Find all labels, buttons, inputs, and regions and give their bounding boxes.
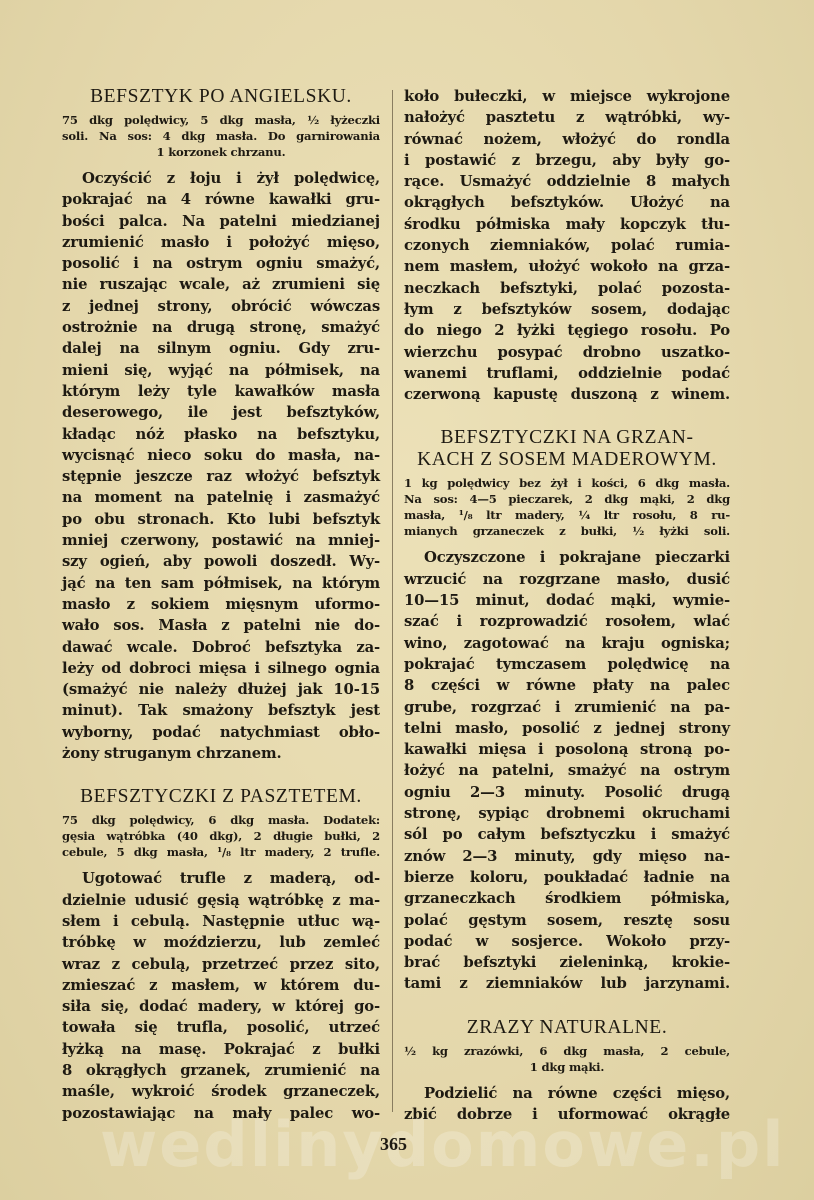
body-line: wało sos. Masła z patelni nie do-: [62, 615, 380, 636]
ingredients-line: 1 kg polędwicy bez żył i kości, 6 dkg ma…: [404, 475, 730, 491]
body-line: na moment na patelnię i zasmażyć: [62, 487, 380, 508]
recipe-body: koło bułeczki, w miejsce wykrojone nałoż…: [404, 86, 730, 405]
recipe-body: Oczyścić z łoju i żył polędwicę, pokraja…: [62, 168, 380, 764]
body-line: żony struganym chrzanem.: [62, 743, 380, 764]
body-line: sól po całym befsztyczku i smażyć: [404, 824, 730, 845]
recipe-befsztyczki-na-grzankach: BEFSZTYCZKI NA GRZAN- KACH Z SOSEM MADER…: [404, 427, 730, 994]
body-line: którym leży tyle kawałków masła: [62, 381, 380, 402]
body-line: czonych ziemniaków, polać rumia-: [404, 235, 730, 256]
body-line: dalej na silnym ogniu. Gdy zru-: [62, 338, 380, 359]
body-line: słem i cebulą. Następnie utłuc wą-: [62, 911, 380, 932]
body-line: tróbkę w moździerzu, lub zemleć: [62, 932, 380, 953]
recipe-body: Oczyszczone i pokrajane pieczarki wrzuci…: [404, 547, 730, 994]
section-gap: [404, 405, 730, 427]
body-line: z jednej strony, obrócić wówczas: [62, 296, 380, 317]
body-line: (smażyć nie należy dłużej jak 10-15: [62, 679, 380, 700]
recipe-ingredients: 1 kg polędwicy bez żył i kości, 6 dkg ma…: [404, 475, 730, 539]
body-line: szać i rozprowadzić rosołem, wlać: [404, 611, 730, 632]
body-line: grzaneczkach środkiem półmiska,: [404, 888, 730, 909]
body-line: i postawić z brzegu, aby były go-: [404, 150, 730, 171]
body-line: kawałki mięsa i posoloną stroną po-: [404, 739, 730, 760]
body-line: wyborny, podać natychmiast obło-: [62, 722, 380, 743]
recipe-befsztyk-po-angielsku: BEFSZTYK PO ANGIELSKU. 75 dkg polędwicy,…: [62, 86, 380, 764]
ingredients-line: 1 dkg mąki.: [404, 1059, 730, 1075]
body-line: rące. Usmażyć oddzielnie 8 małych: [404, 171, 730, 192]
body-line: dzielnie udusić gęsią wątróbkę z ma-: [62, 890, 380, 911]
body-line: masło z sokiem mięsnym uformo-: [62, 594, 380, 615]
body-line: zrumienić masło i położyć mięso,: [62, 232, 380, 253]
body-line: stępnie jeszcze raz włożyć befsztyk: [62, 466, 380, 487]
recipe-body: Podzielić na równe części mięso, zbić do…: [404, 1083, 730, 1126]
body-line: bierze koloru, poukładać ładnie na: [404, 867, 730, 888]
body-line: wycisnąć nieco soku do masła, na-: [62, 445, 380, 466]
body-line: nem masłem, ułożyć wokoło na grza-: [404, 256, 730, 277]
body-line: nie ruszając wcale, aż zrumieni się: [62, 274, 380, 295]
body-line: pokrajać tymczasem polędwicę na: [404, 654, 730, 675]
section-gap: [404, 995, 730, 1017]
body-line: minut). Tak smażony befsztyk jest: [62, 700, 380, 721]
recipe-title: BEFSZTYCZKI NA GRZAN- KACH Z SOSEM MADER…: [404, 427, 730, 471]
recipe-title: ZRAZY NATURALNE.: [404, 1017, 730, 1039]
body-line: łyżką na masę. Pokrajać z bułki: [62, 1039, 380, 1060]
ingredients-line: 1 korzonek chrzanu.: [62, 144, 380, 160]
body-line: zmieszać z masłem, w którem du-: [62, 975, 380, 996]
body-line: nałożyć pasztetu z wątróbki, wy-: [404, 107, 730, 128]
body-line: brać befsztyki zieleninką, krokie-: [404, 952, 730, 973]
body-line: wierzchu posypać drobno uszatko-: [404, 342, 730, 363]
body-line: łym z befsztyków sosem, dodając: [404, 299, 730, 320]
body-line: wrzucić na rozgrzane masło, dusić: [404, 569, 730, 590]
body-line: łożyć na patelni, smażyć na ostrym: [404, 760, 730, 781]
body-line: towała się trufla, posolić, utrzeć: [62, 1017, 380, 1038]
body-line: do niego 2 łyżki tęgiego rosołu. Po: [404, 320, 730, 341]
body-line: grube, rozgrzać i zrumienić na pa-: [404, 697, 730, 718]
body-line: środku półmiska mały kopczyk tłu-: [404, 214, 730, 235]
column-divider: [392, 90, 393, 1112]
recipe-ingredients: ½ kg zrazówki, 6 dkg masła, 2 cebule, 1 …: [404, 1043, 730, 1075]
body-line: równać nożem, włożyć do rondla: [404, 129, 730, 150]
ingredients-line: Na sos: 4—5 pieczarek, 2 dkg mąki, 2 dkg: [404, 491, 730, 507]
recipe-title: BEFSZTYK PO ANGIELSKU.: [62, 86, 380, 108]
body-line: Oczyścić z łoju i żył polędwicę,: [62, 168, 380, 189]
body-line: bości palca. Na patelni miedzianej: [62, 211, 380, 232]
body-line: pozostawiając na mały palec wo-: [62, 1103, 380, 1124]
recipe-zrazy-naturalne: ZRAZY NATURALNE. ½ kg zrazówki, 6 dkg ma…: [404, 1017, 730, 1126]
ingredients-line: mianych grzaneczek z bułki, ½ łyżki soli…: [404, 523, 730, 539]
body-line: wanemi truflami, oddzielnie podać: [404, 363, 730, 384]
book-page: BEFSZTYK PO ANGIELSKU. 75 dkg polędwicy,…: [0, 0, 814, 1200]
body-line: wino, zagotować na kraju ogniska;: [404, 633, 730, 654]
ingredients-line: gęsia wątróbka (40 dkg), 2 długie bułki,…: [62, 828, 380, 844]
body-line: telni masło, posolić z jednej strony: [404, 718, 730, 739]
ingredients-line: 75 dkg polędwicy, 5 dkg masła, ½ łyżeczk…: [62, 112, 380, 128]
recipe-befsztyczki-z-pasztetem-continued: koło bułeczki, w miejsce wykrojone nałoż…: [404, 86, 730, 405]
recipe-body: Ugotować trufle z maderą, od- dzielnie u…: [62, 868, 380, 1124]
ingredients-line: ½ kg zrazówki, 6 dkg masła, 2 cebule,: [404, 1043, 730, 1059]
body-line: 10—15 minut, dodać mąki, wymie-: [404, 590, 730, 611]
body-line: kładąc nóż płasko na befsztyku,: [62, 424, 380, 445]
body-line: ogniu 2—3 minuty. Posolić drugą: [404, 782, 730, 803]
body-line: 8 okrągłych grzanek, zrumienić na: [62, 1060, 380, 1081]
ingredients-line: soli. Na sos: 4 dkg masła. Do garnirowan…: [62, 128, 380, 144]
title-line: KACH Z SOSEM MADEROWYM.: [404, 449, 730, 471]
body-line: 8 części w równe płaty na palec: [404, 675, 730, 696]
body-line: deserowego, ile jest befsztyków,: [62, 402, 380, 423]
recipe-ingredients: 75 dkg polędwicy, 5 dkg masła, ½ łyżeczk…: [62, 112, 380, 160]
section-gap: [62, 764, 380, 786]
body-line: po obu stronach. Kto lubi befsztyk: [62, 509, 380, 530]
body-line: wraz z cebulą, przetrzeć przez sito,: [62, 954, 380, 975]
body-line: dawać wcale. Dobroć befsztyka za-: [62, 637, 380, 658]
page-number: 365: [380, 1134, 407, 1155]
body-line: ostrożnie na drugą stronę, smażyć: [62, 317, 380, 338]
body-line: Podzielić na równe części mięso,: [404, 1083, 730, 1104]
body-line: czerwoną kapustę duszoną z winem.: [404, 384, 730, 405]
body-line: pokrajać na 4 równe kawałki gru-: [62, 189, 380, 210]
right-column: koło bułeczki, w miejsce wykrojone nałoż…: [404, 86, 730, 1125]
body-line: polać gęstym sosem, resztę sosu: [404, 910, 730, 931]
body-line: jąć na ten sam półmisek, na którym: [62, 573, 380, 594]
body-line: szy ogień, aby powoli doszedł. Wy-: [62, 551, 380, 572]
body-line: znów 2—3 minuty, gdy mięso na-: [404, 846, 730, 867]
recipe-ingredients: 75 dkg polędwicy, 6 dkg masła. Dodatek: …: [62, 812, 380, 860]
recipe-befsztyczki-z-pasztetem: BEFSZTYCZKI Z PASZTETEM. 75 dkg polędwic…: [62, 786, 380, 1124]
body-line: stronę, sypiąc drobnemi okruchami: [404, 803, 730, 824]
body-line: mniej czerwony, postawić na mniej-: [62, 530, 380, 551]
body-line: siła się, dodać madery, w której go-: [62, 996, 380, 1017]
body-line: zbić dobrze i uformować okrągłe: [404, 1104, 730, 1125]
ingredients-line: masła, ¹/₈ ltr madery, ¼ ltr rosołu, 8 r…: [404, 507, 730, 523]
body-line: neczkach befsztyki, polać pozosta-: [404, 278, 730, 299]
body-line: Ugotować trufle z maderą, od-: [62, 868, 380, 889]
body-line: maśle, wykroić środek grzaneczek,: [62, 1081, 380, 1102]
left-column: BEFSZTYK PO ANGIELSKU. 75 dkg polędwicy,…: [62, 86, 380, 1124]
recipe-title: BEFSZTYCZKI Z PASZTETEM.: [62, 786, 380, 808]
ingredients-line: cebule, 5 dkg masła, ¹/₈ ltr madery, 2 t…: [62, 844, 380, 860]
body-line: mieni się, wyjąć na półmisek, na: [62, 360, 380, 381]
body-line: posolić i na ostrym ogniu smażyć,: [62, 253, 380, 274]
body-line: okrągłych befsztyków. Ułożyć na: [404, 192, 730, 213]
title-line: BEFSZTYCZKI NA GRZAN-: [404, 427, 730, 449]
ingredients-line: 75 dkg polędwicy, 6 dkg masła. Dodatek:: [62, 812, 380, 828]
body-line: Oczyszczone i pokrajane pieczarki: [404, 547, 730, 568]
body-line: leży od dobroci mięsa i silnego ognia: [62, 658, 380, 679]
body-line: tami z ziemniaków lub jarzynami.: [404, 973, 730, 994]
body-line: koło bułeczki, w miejsce wykrojone: [404, 86, 730, 107]
body-line: podać w sosjerce. Wokoło przy-: [404, 931, 730, 952]
